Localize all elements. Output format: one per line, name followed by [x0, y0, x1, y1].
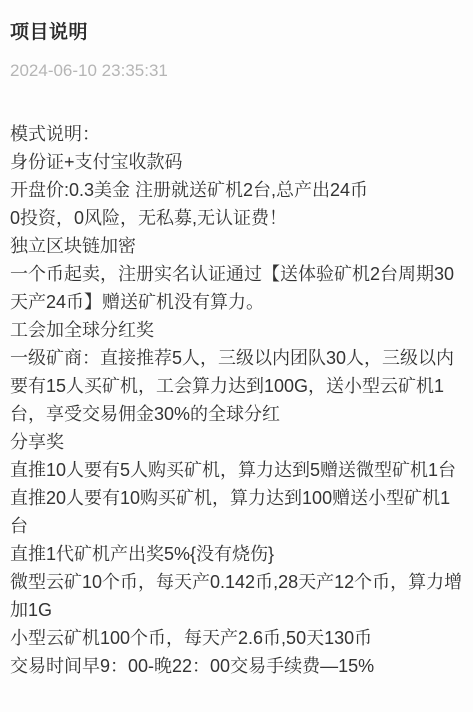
paragraph-union-bonus-heading: 工会加全球分红奖: [10, 316, 463, 344]
paragraph-micro-miner: 微型云矿10个币，每天产0.142币,28天产12个币，算力增加1G: [10, 568, 463, 624]
paragraph-gen1-output-bonus: 直推1代矿机产出奖5%{没有烧伤}: [10, 540, 463, 568]
timestamp: 2024-06-10 23:35:31: [10, 60, 463, 82]
paragraph-opening-price: 开盘价:0.3美金 注册就送矿机2台,总产出24币: [10, 176, 463, 204]
paragraph-referral-10: 直推10人要有5人购买矿机，算力达到5赠送微型矿机1台: [10, 456, 463, 484]
paragraph-mode-heading: 模式说明：: [10, 120, 463, 148]
paragraph-level1-miner: 一级矿商：直接推荐5人，三级以内团队30人，三级以内要有15人买矿机，工会算力达…: [10, 344, 463, 428]
project-description-page: 项目说明 2024-06-10 23:35:31 模式说明： 身份证+支付宝收款…: [0, 0, 473, 712]
paragraph-share-bonus-heading: 分享奖: [10, 428, 463, 456]
paragraph-blockchain: 独立区块链加密: [10, 232, 463, 260]
paragraph-trading-hours: 交易时间早9：00-晚22：00交易手续费—15%: [10, 652, 463, 680]
paragraph-zero-investment: 0投资，0风险，无私募,无认证费！: [10, 204, 463, 232]
paragraph-id-payment: 身份证+支付宝收款码: [10, 148, 463, 176]
page-title: 项目说明: [10, 20, 463, 46]
paragraph-referral-20: 直推20人要有10购买矿机，算力达到100赠送小型矿机1台: [10, 484, 463, 540]
paragraph-registration-bonus: 一个币起卖，注册实名认证通过【送体验矿机2台周期30天产24币】赠送矿机没有算力…: [10, 260, 463, 316]
description-body: 模式说明： 身份证+支付宝收款码 开盘价:0.3美金 注册就送矿机2台,总产出2…: [10, 120, 463, 680]
paragraph-small-miner: 小型云矿机100个币，每天产2.6币,50天130币: [10, 624, 463, 652]
